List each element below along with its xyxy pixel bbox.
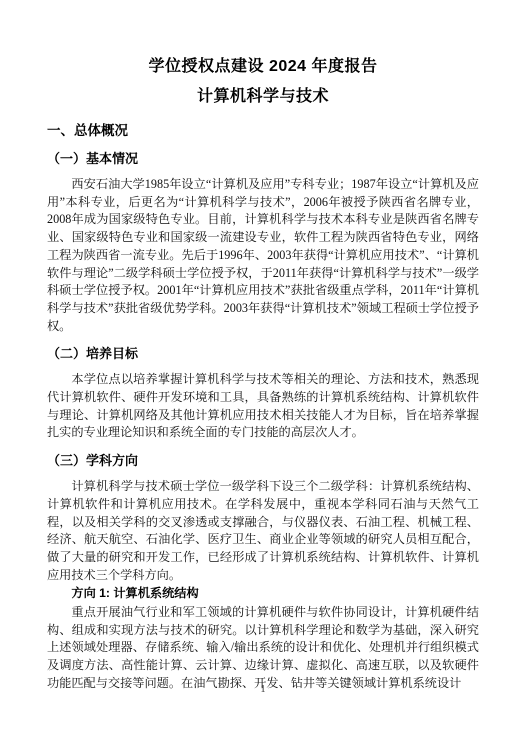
paragraph-basic-info: 西安石油大学1985年设立“计算机及应用”专科专业；1987年设立“计算机及应用… bbox=[47, 176, 479, 335]
page-number: 1 bbox=[0, 684, 526, 695]
paragraph-training-goal: 本学位点以培养掌握计算机科学与技术等相关的理论、方法和技术，熟悉现代计算机软件、… bbox=[47, 371, 479, 442]
heading-training-goal: （二）培养目标 bbox=[47, 345, 479, 363]
heading-discipline-direction: （三）学科方向 bbox=[47, 452, 479, 470]
heading-overview: 一、总体概况 bbox=[47, 122, 479, 140]
document-title-line1: 学位授权点建设 2024 年度报告 bbox=[47, 56, 479, 78]
paragraph-discipline-direction: 计算机科学与技术硕士学位一级学科下设三个二级学科：计算机系统结构、计算机软件和计… bbox=[47, 478, 479, 584]
heading-direction-1: 方向 1: 计算机系统结构 bbox=[47, 585, 479, 603]
paragraph-direction-1: 重点开展油气行业和军工领域的计算机硬件与软件协同设计，计算机硬件结构、组成和实现… bbox=[47, 604, 479, 693]
heading-basic-info: （一）基本情况 bbox=[47, 150, 479, 168]
document-page: 学位授权点建设 2024 年度报告 计算机科学与技术 一、总体概况 （一）基本情… bbox=[0, 0, 526, 744]
document-title-line2: 计算机科学与技术 bbox=[47, 86, 479, 108]
